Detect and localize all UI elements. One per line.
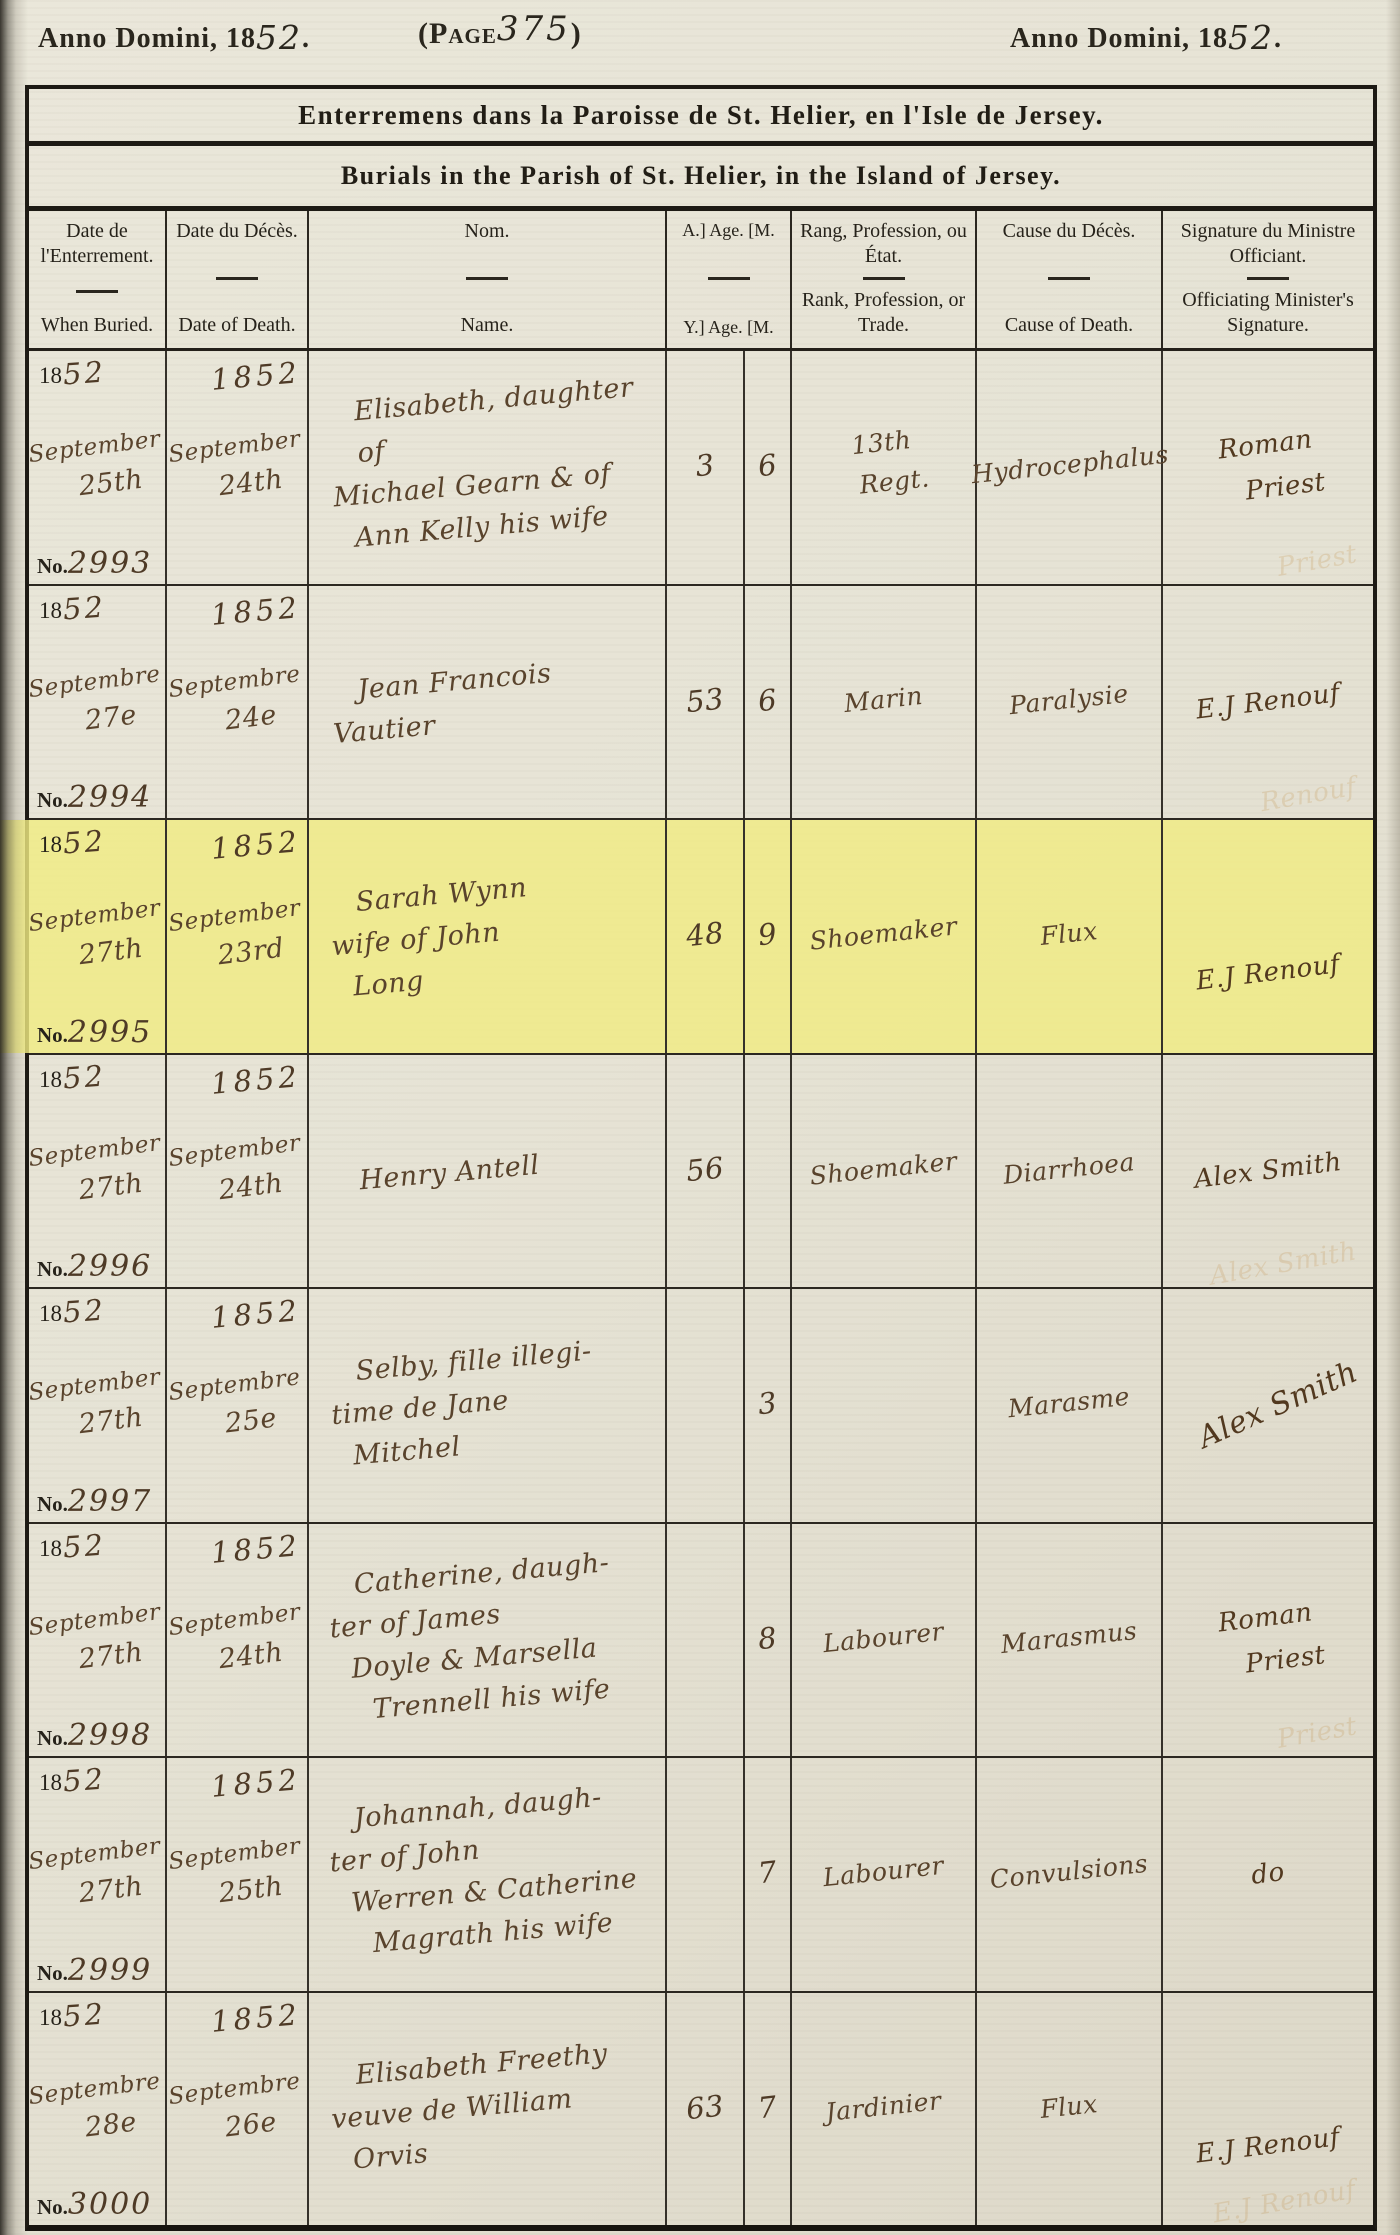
death-date: September24th: [163, 1594, 311, 1686]
cause-cell: Convulsions: [977, 1758, 1163, 1991]
when-buried-cell: 1852 September27th No.2998: [29, 1524, 167, 1757]
date-of-death-cell: 1852 September24th: [167, 1524, 309, 1757]
signature-cell: RomanPriestPriest: [1163, 351, 1373, 584]
name-cell: Henry Antell: [309, 1055, 667, 1288]
age-years-cell: 56: [667, 1055, 745, 1288]
burial-year: 1852: [39, 825, 106, 859]
death-year: 1852: [210, 1059, 302, 1101]
death-date: Septembre26e: [163, 2063, 311, 2155]
age-years-cell: [667, 1289, 745, 1522]
death-year: 1852: [210, 1293, 302, 1335]
signature-cell: Alex Smith: [1163, 1289, 1373, 1522]
cause-of-death: Diarrhoea: [969, 1139, 1168, 1199]
handwritten-year: 52: [256, 18, 302, 57]
name-cell: Johannah, daugh-ter of JohnWerren & Cath…: [309, 1758, 667, 1991]
handwritten-year: 52: [62, 355, 107, 392]
dash-divider: [863, 277, 905, 280]
death-date: September24th: [163, 1125, 311, 1217]
when-buried-cell: 1852 September27th No.2996: [29, 1055, 167, 1288]
date-of-death-cell: 1852 Septembre26e: [167, 1993, 309, 2226]
register-row-3000: 1852 Septembre28e No.3000 1852 Septembre…: [29, 1993, 1373, 2226]
deceased-name: Henry Antell: [308, 1134, 666, 1207]
age-years-cell: 53: [667, 586, 745, 819]
signature-cell: RomanPriestPriest: [1163, 1524, 1373, 1757]
name-cell: Elisabeth Freethyveuve de WilliamOrvis: [309, 1993, 667, 2226]
rank-profession: Labourer: [784, 1842, 982, 1902]
age-years-cell: 3: [667, 351, 745, 584]
page-number: (Page375): [418, 12, 582, 52]
burial-year: 1852: [39, 356, 106, 390]
minister-signature: E.J Renouf: [1157, 2111, 1379, 2181]
handwritten-page-number: 375: [497, 9, 571, 49]
entry-number: No.2994: [37, 780, 152, 815]
col-header-when-buried: Date de l'Enterrement.When Buried.: [29, 211, 167, 348]
deceased-name: Jean FrancoisVautier: [306, 643, 668, 757]
column-headers: Date de l'Enterrement.When Buried. Date …: [29, 211, 1373, 351]
deceased-name: Elisabeth, daughter ofMichael Gearn & of…: [302, 365, 671, 563]
when-buried-cell: 1852 Septembre28e No.3000: [29, 1993, 167, 2226]
age-months: 6: [743, 681, 791, 720]
bleed-through-signature: E.J Renouf: [1211, 2175, 1359, 2230]
minister-signature: E.J Renouf: [1157, 938, 1379, 1008]
burial-date: Septembre28e: [25, 2064, 169, 2155]
death-date: Septembre24e: [163, 656, 311, 748]
rank-cell: Shoemaker: [792, 1055, 977, 1288]
dash-divider: [708, 277, 750, 280]
burial-date: September25th: [25, 422, 169, 513]
age-years: [667, 1636, 743, 1644]
register-row-2997: 1852 September27th No.2997 1852 Septembr…: [29, 1289, 1373, 1524]
name-cell: Jean FrancoisVautier: [309, 586, 667, 819]
death-date: September24th: [163, 422, 311, 514]
dash-divider: [1247, 277, 1289, 280]
minister-signature: do: [1157, 1839, 1379, 1909]
age-months: [745, 1168, 790, 1173]
cause-of-death: Marasme: [969, 1373, 1168, 1433]
death-year: 1852: [210, 1528, 302, 1570]
age-years: 56: [665, 1148, 744, 1190]
burial-date: September27th: [25, 1126, 169, 1217]
burial-date: Septembre27e: [25, 657, 169, 748]
rank-cell: 13thRegt.: [792, 351, 977, 584]
rank-cell: [792, 1289, 977, 1522]
bleed-through-signature: Alex Smith: [1207, 1236, 1358, 1291]
deceased-name: Johannah, daugh-ter of JohnWerren & Cath…: [302, 1772, 671, 1970]
cause-of-death: Flux: [969, 2077, 1168, 2137]
death-date: September23rd: [163, 891, 311, 983]
register-row-2996: 1852 September27th No.2996 1852 Septembe…: [29, 1055, 1373, 1290]
handwritten-year: 52: [62, 1762, 107, 1799]
bleed-through-signature: Priest: [1275, 539, 1359, 583]
age-years: [667, 1870, 743, 1878]
cause-of-death: Flux: [969, 904, 1168, 964]
rank-cell: Labourer: [792, 1524, 977, 1757]
handwritten-year: 52: [62, 1058, 107, 1095]
rank-cell: Marin: [792, 586, 977, 819]
rank-profession: Jardinier: [784, 2077, 982, 2137]
anno-domini-left: Anno Domini, 1852.: [38, 16, 310, 55]
death-date: September25th: [163, 1829, 311, 1921]
burial-year: 1852: [39, 1294, 106, 1328]
minister-signature: RomanPriest: [1154, 1583, 1381, 1697]
date-of-death-cell: 1852 September23rd: [167, 820, 309, 1053]
rank-cell: Jardinier: [792, 1993, 977, 2226]
burial-year: 1852: [39, 1529, 106, 1563]
cause-cell: Paralysie: [977, 586, 1163, 819]
register-title-french: Enterremens dans la Paroisse de St. Heli…: [29, 89, 1373, 141]
burial-year: 1852: [39, 1060, 106, 1094]
entry-number: No.2997: [37, 1484, 152, 1519]
col-header-rank: Rang, Profession, ou État.Rank, Professi…: [792, 211, 977, 348]
burial-year: 1852: [39, 1763, 106, 1797]
age-years: 63: [665, 2086, 744, 2128]
name-cell: Sarah Wynnwife of JohnLong: [309, 820, 667, 1053]
death-year: 1852: [210, 590, 302, 632]
handwritten-year: 52: [1228, 18, 1274, 57]
age-months: 9: [743, 915, 791, 954]
when-buried-cell: 1852 September27th No.2997: [29, 1289, 167, 1522]
age-months: 3: [743, 1384, 791, 1423]
rank-profession: [787, 1395, 981, 1415]
anno-domini-right: Anno Domini, 1852.: [1010, 16, 1282, 55]
death-date: Septembre25e: [163, 1360, 311, 1452]
when-buried-cell: 1852 September25th No.2993: [29, 351, 167, 584]
dash-divider: [466, 277, 508, 280]
entry-number: No.3000: [37, 2187, 152, 2222]
handwritten-year: 52: [62, 1293, 107, 1330]
rank-profession: Marin: [784, 670, 982, 730]
entry-number: No.2999: [37, 1953, 152, 1988]
deceased-name: Selby, fille illegi-time de JaneMitchel: [304, 1325, 670, 1481]
date-of-death-cell: 1852 Septembre25e: [167, 1289, 309, 1522]
dash-divider: [1048, 277, 1090, 280]
page-edge-shadow: [1386, 0, 1400, 2235]
minister-signature: RomanPriest: [1154, 410, 1381, 524]
cause-cell: Marasme: [977, 1289, 1163, 1522]
dash-divider: [76, 290, 118, 293]
bleed-through-signature: Renouf: [1258, 772, 1358, 818]
death-year: 1852: [210, 824, 302, 866]
signature-cell: do: [1163, 1758, 1373, 1991]
col-header-cause: Cause du Décès.Cause of Death.: [977, 211, 1163, 348]
page-gutter-shadow: [0, 0, 30, 2235]
entry-number: No.2993: [37, 546, 152, 581]
register-row-2993: 1852 September25th No.2993 1852 Septembe…: [29, 351, 1373, 586]
age-months-cell: 3: [745, 1289, 792, 1522]
date-of-death-cell: 1852 September25th: [167, 1758, 309, 1991]
minister-signature: Alex Smith: [1157, 1136, 1379, 1206]
cause-cell: Marasmus: [977, 1524, 1163, 1757]
age-years-cell: 63: [667, 1993, 745, 2226]
burial-date: September27th: [25, 1360, 169, 1451]
handwritten-year: 52: [62, 589, 107, 626]
burial-year: 1852: [39, 1998, 106, 2032]
death-year: 1852: [210, 1997, 302, 2039]
cause-cell: Diarrhoea: [977, 1055, 1163, 1288]
age-years-cell: [667, 1758, 745, 1991]
register-row-2999: 1852 September27th No.2999 1852 Septembe…: [29, 1758, 1373, 1993]
cause-of-death: Marasmus: [969, 1608, 1168, 1668]
cause-of-death: Convulsions: [969, 1842, 1168, 1902]
rank-cell: Labourer: [792, 1758, 977, 1991]
burial-date: September27th: [25, 891, 169, 982]
signature-cell: Alex SmithAlex Smith: [1163, 1055, 1373, 1288]
age-years: 3: [665, 445, 744, 487]
entry-number: No.2998: [37, 1718, 152, 1753]
when-buried-cell: 1852 September27th No.2999: [29, 1758, 167, 1991]
date-of-death-cell: 1852 September24th: [167, 1055, 309, 1288]
deceased-name: Sarah Wynnwife of JohnLong: [304, 856, 670, 1012]
register-rows: 1852 September25th No.2993 1852 Septembe…: [29, 351, 1373, 2225]
age-years: 53: [665, 679, 744, 721]
rank-profession: Labourer: [784, 1608, 982, 1668]
cause-cell: Flux: [977, 820, 1163, 1053]
rank-cell: Shoemaker: [792, 820, 977, 1053]
deceased-name: Catherine, daugh-ter of JamesDoyle & Mar…: [302, 1538, 671, 1736]
death-year: 1852: [210, 1762, 302, 1804]
rank-profession: Shoemaker: [784, 1139, 982, 1199]
handwritten-year: 52: [62, 1996, 107, 2033]
register-row-2995-highlighted: 1852 September27th No.2995 1852 Septembe…: [29, 820, 1373, 1055]
handwritten-year: 52: [62, 1527, 107, 1564]
register-row-2994: 1852 Septembre27e No.2994 1852 Septembre…: [29, 586, 1373, 821]
bleed-through-signature: Priest: [1275, 1711, 1359, 1755]
col-header-age: A.] Age. [M.Y.] Age. [M.: [667, 211, 792, 348]
cause-of-death: Hydrocephalus: [969, 435, 1168, 495]
rank-profession: 13thRegt.: [782, 413, 984, 513]
burial-date: September27th: [25, 1829, 169, 1920]
name-cell: Elisabeth, daughter ofMichael Gearn & of…: [309, 351, 667, 584]
age-months: 7: [743, 1853, 791, 1892]
minister-signature: E.J Renouf: [1157, 667, 1379, 737]
date-of-death-cell: 1852 Septembre24e: [167, 586, 309, 819]
cause-cell: Flux: [977, 1993, 1163, 2226]
signature-cell: E.J Renouf: [1163, 820, 1373, 1053]
entry-number: No.2995: [37, 1015, 152, 1050]
burial-register-table: Enterremens dans la Paroisse de St. Heli…: [25, 85, 1377, 2231]
deceased-name: Elisabeth Freethyveuve de WilliamOrvis: [304, 2028, 670, 2184]
age-years: [667, 1401, 743, 1409]
age-years: 48: [665, 914, 744, 956]
cause-cell: Hydrocephalus: [977, 351, 1163, 584]
age-years-cell: 48: [667, 820, 745, 1053]
burial-year: 1852: [39, 591, 106, 625]
register-row-2998: 1852 September27th No.2998 1852 Septembe…: [29, 1524, 1373, 1759]
minister-signature: Alex Smith: [1159, 1334, 1397, 1477]
signature-cell: E.J RenoufRenouf: [1163, 586, 1373, 819]
when-buried-cell: 1852 Septembre27e No.2994: [29, 586, 167, 819]
name-cell: Selby, fille illegi-time de JaneMitchel: [309, 1289, 667, 1522]
age-months: 7: [743, 2088, 791, 2127]
dash-divider: [216, 277, 258, 280]
col-header-date-of-death: Date du Décès.Date of Death.: [167, 211, 309, 348]
death-year: 1852: [210, 355, 302, 397]
entry-number: No.2996: [37, 1249, 152, 1284]
col-header-signature: Signature du Ministre Officiant.Officiat…: [1163, 211, 1373, 348]
age-years-cell: [667, 1524, 745, 1757]
signature-cell: E.J RenoufE.J Renouf: [1163, 1993, 1373, 2226]
date-of-death-cell: 1852 September24th: [167, 351, 309, 584]
col-header-name: Nom.Name.: [309, 211, 667, 348]
handwritten-year: 52: [62, 824, 107, 861]
age-months: 8: [743, 1619, 791, 1658]
cause-of-death: Paralysie: [969, 670, 1168, 730]
rank-profession: Shoemaker: [784, 904, 982, 964]
name-cell: Catherine, daugh-ter of JamesDoyle & Mar…: [309, 1524, 667, 1757]
when-buried-cell: 1852 September27th No.2995: [29, 820, 167, 1053]
register-title-english: Burials in the Parish of St. Helier, in …: [29, 146, 1373, 206]
burial-date: September27th: [25, 1595, 169, 1686]
